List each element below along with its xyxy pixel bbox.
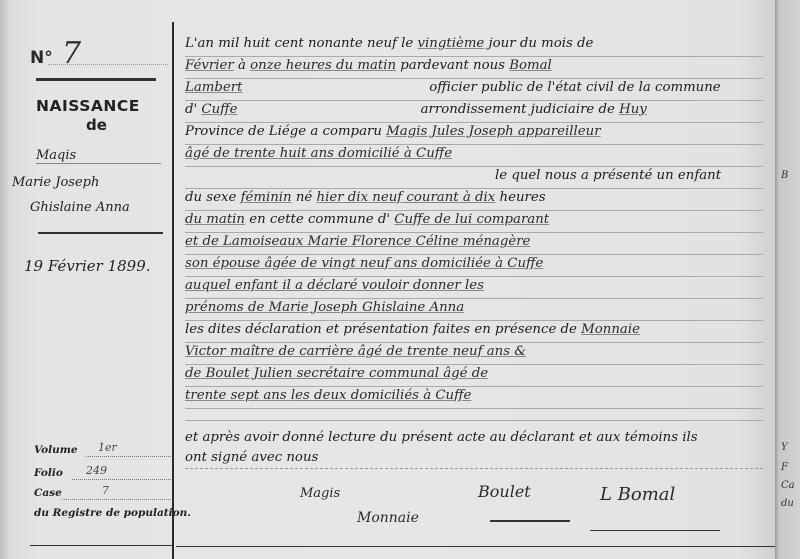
- body-line-16: de Boulet Julien secrétaire communal âgé…: [185, 364, 763, 387]
- margin-bottom-rule: [30, 545, 173, 546]
- body-line-3: Lambert officier public de l'état civil …: [185, 78, 763, 101]
- act-bottom-rule: [176, 546, 776, 547]
- act-number-dotted-line: [48, 64, 168, 65]
- signature-witness-1: Monnaie: [357, 510, 419, 526]
- register-page: N° 7 NAISSANCE de Maqis Marie Joseph Ghi…: [0, 0, 775, 559]
- margin-divider-2: [38, 232, 163, 234]
- folio-line: [72, 479, 171, 480]
- body-line-5: Province de Liége a comparu Magis Jules …: [185, 122, 763, 145]
- body-line-7: le quel nous a présenté un enfant: [185, 166, 763, 189]
- closing-line-2: ont signé avec nous: [185, 448, 763, 469]
- signature-officer: L Bomal: [600, 484, 675, 505]
- body-line-2: Février à onze heures du matin pardevant…: [185, 56, 763, 79]
- register-footer: du Registre de population.: [34, 507, 191, 519]
- volume-label: Volume: [34, 444, 78, 456]
- body-line-14: les dites déclaration et présentation fa…: [185, 320, 763, 343]
- body-line-10: et de Lamoiseaux Marie Florence Céline m…: [185, 232, 763, 255]
- body-line-11: son épouse âgée de vingt neuf ans domici…: [185, 254, 763, 277]
- birth-date: 19 Février 1899.: [24, 257, 151, 275]
- signature-declarant: Magis: [300, 486, 340, 501]
- margin-divider: [36, 78, 156, 81]
- act-type-de: de: [86, 116, 107, 134]
- body-line-1: L'an mil huit cent nonante neuf le vingt…: [185, 34, 763, 57]
- signature-officer-flourish: [590, 530, 720, 531]
- body-line-15: Victor maître de carrière âgé de trente …: [185, 342, 763, 365]
- body-line-4: d' Cuffe arrondissement judiciaire de Hu…: [185, 100, 763, 123]
- margin-rule: [172, 22, 174, 559]
- volume-value: 1er: [98, 441, 117, 454]
- case-value: 7: [102, 484, 109, 497]
- closing-line-1: et après avoir donné lecture du présent …: [185, 428, 763, 448]
- signature-witness-2: Boulet: [478, 482, 531, 501]
- body-line-17: trente sept ans les deux domiciliés à Cu…: [185, 386, 763, 409]
- act-number-value: 7: [62, 36, 81, 71]
- child-given-names-1: Marie Joseph: [12, 175, 99, 190]
- act-number-label: N°: [30, 48, 53, 68]
- volume-line: [86, 456, 171, 457]
- child-given-names-2: Ghislaine Anna: [30, 200, 130, 215]
- body-line-blank: [185, 408, 763, 421]
- body-line-8: du sexe féminin né hier dix neuf courant…: [185, 188, 763, 211]
- case-label: Case: [34, 487, 62, 499]
- folio-value: 249: [86, 464, 107, 477]
- body-line-12: auquel enfant il a déclaré vouloir donne…: [185, 276, 763, 299]
- child-surname: Maqis: [36, 148, 161, 164]
- body-line-13: prénoms de Marie Joseph Ghislaine Anna: [185, 298, 763, 321]
- case-line: [62, 499, 171, 500]
- body-line-9: du matin en cette commune d' Cuffe de lu…: [185, 210, 763, 233]
- folio-label: Folio: [34, 467, 63, 479]
- adjacent-page-edge: B Y F Ca du: [775, 0, 800, 559]
- body-line-6: âgé de trente huit ans domicilié à Cuffe: [185, 144, 763, 167]
- signature-flourish: [490, 520, 570, 522]
- act-type-title: NAISSANCE: [36, 97, 140, 115]
